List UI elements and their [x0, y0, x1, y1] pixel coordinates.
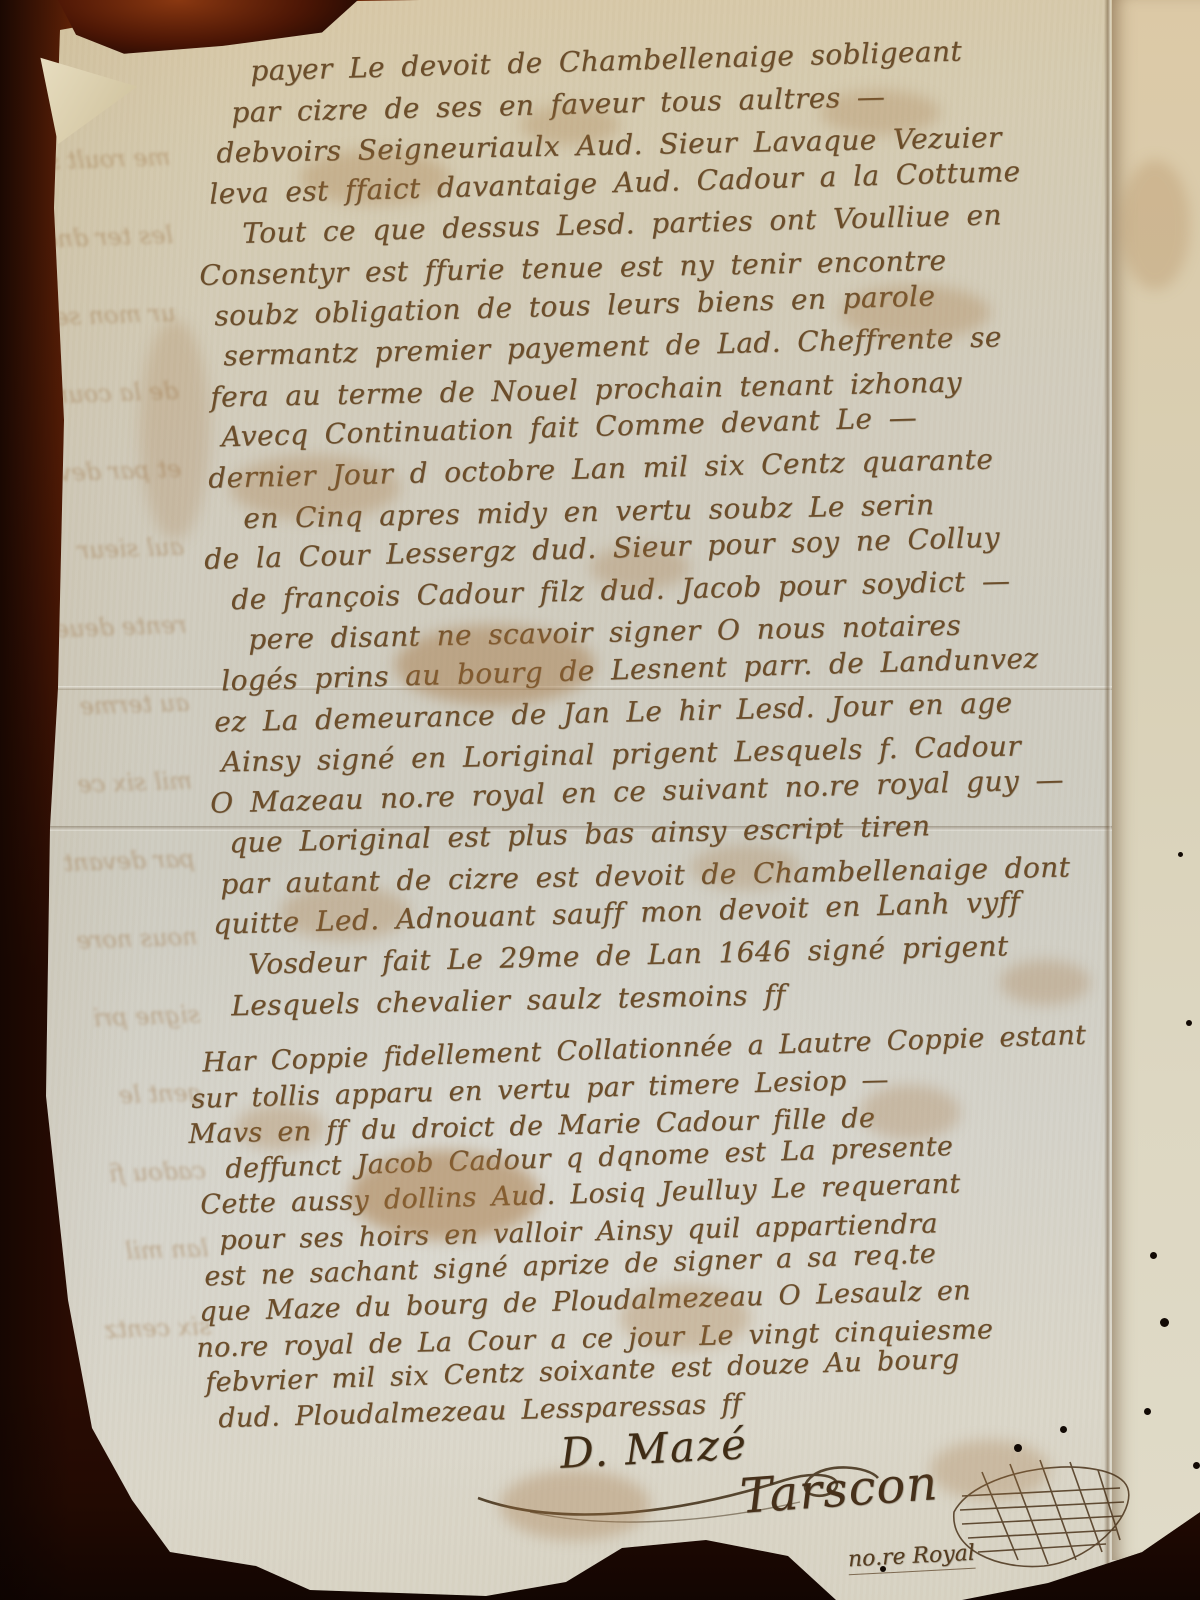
ink-stain: [690, 845, 800, 890]
ink-stain: [230, 455, 400, 520]
worm-hole: [1014, 1444, 1022, 1452]
ink-stain: [520, 105, 620, 145]
ghost-line: mil six ce: [51, 742, 194, 825]
ghost-line: six centz: [70, 1287, 213, 1370]
ink-stain: [300, 150, 450, 205]
copy-attestation-text: Har Coppie fidellement Collationnée a La…: [186, 1023, 1102, 1440]
photograph-of-manuscript: me roult sales ter dnalur mon seide la c…: [0, 0, 1200, 1600]
manuscript-page: me roult sales ter dnalur mon seide la c…: [0, 0, 1200, 1600]
worm-hole: [1060, 1426, 1067, 1433]
ghost-line: rente deue: [45, 586, 188, 669]
worm-hole: [1160, 1318, 1169, 1327]
ink-stain: [280, 885, 410, 940]
ghost-line: signe pri: [59, 975, 202, 1058]
ink-stain: [235, 1105, 325, 1150]
ink-stain: [820, 90, 940, 135]
worm-hole: [1178, 852, 1183, 857]
worm-hole: [1150, 1252, 1157, 1259]
worm-hole: [1144, 1408, 1151, 1415]
worm-hole: [1193, 1462, 1200, 1469]
ink-stain: [350, 1150, 540, 1240]
ghost-line: par devant: [54, 820, 197, 903]
ghost-line: nous nore: [56, 897, 199, 980]
ghost-line: au terme: [48, 664, 191, 747]
worm-hole: [1186, 1020, 1192, 1026]
ink-stain: [620, 1285, 750, 1350]
worm-hole: [880, 1566, 886, 1572]
ink-stain: [840, 285, 990, 340]
ink-stain: [500, 1470, 650, 1540]
ink-stain: [1000, 960, 1090, 1005]
ink-stain: [140, 320, 210, 540]
ink-stain: [930, 1440, 1050, 1500]
ink-stain: [590, 545, 690, 590]
ink-stain: [860, 1085, 960, 1140]
ink-stain: [1120, 160, 1190, 290]
ink-stain: [395, 625, 595, 705]
ghost-line: gent le: [62, 1053, 205, 1136]
ghost-line: cadou fi: [64, 1131, 207, 1214]
ghost-line: lan mil: [67, 1209, 210, 1292]
